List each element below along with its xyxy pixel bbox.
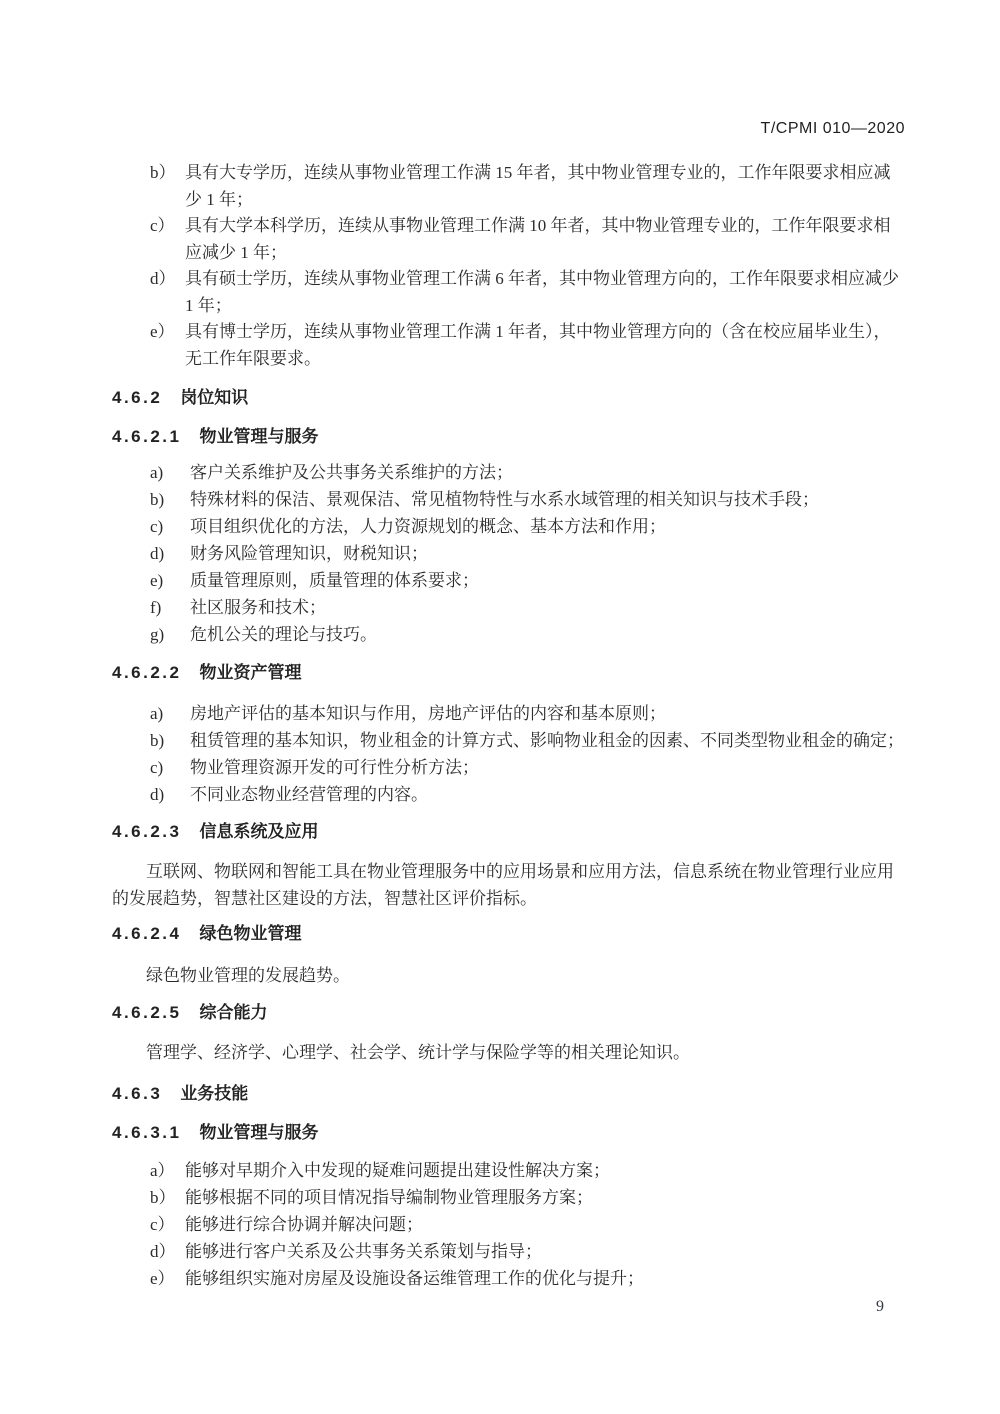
clause-number: 4.6.2.5 xyxy=(112,1003,182,1022)
item-marker: e） xyxy=(150,1265,185,1292)
clause-heading-4-6-2: 4.6.2岗位知识 xyxy=(112,388,905,408)
item-marker: b) xyxy=(150,486,190,513)
list-item: d） 具有硕士学历，连续从事物业管理工作满 6 年者，其中物业管理方向的，工作年… xyxy=(150,266,905,319)
list-item: a) 客户关系维护及公共事务关系维护的方法； xyxy=(150,459,905,486)
clause-number: 4.6.3.1 xyxy=(112,1123,182,1142)
clause-number: 4.6.3 xyxy=(112,1084,162,1103)
item-marker: c） xyxy=(150,1211,185,1238)
item-text: 客户关系维护及公共事务关系维护的方法； xyxy=(190,459,905,486)
item-text: 社区服务和技术； xyxy=(190,594,905,621)
list-item: b） 能够根据不同的项目情况指导编制物业管理服务方案； xyxy=(150,1184,905,1211)
document-content: b） 具有大专学历，连续从事物业管理工作满 15 年者，其中物业管理专业的，工作… xyxy=(112,0,905,1292)
item-text: 能够组织实施对房屋及设施设备运维管理工作的优化与提升； xyxy=(185,1265,905,1292)
clause-heading-4-6-2-1: 4.6.2.1物业管理与服务 xyxy=(112,427,905,447)
item-text: 物业管理资源开发的可行性分析方法； xyxy=(190,754,905,781)
clause-title: 物业管理与服务 xyxy=(200,427,319,446)
item-marker: d) xyxy=(150,781,190,808)
list-item: b） 具有大专学历，连续从事物业管理工作满 15 年者，其中物业管理专业的，工作… xyxy=(150,160,905,213)
item-text: 具有硕士学历，连续从事物业管理工作满 6 年者，其中物业管理方向的，工作年限要求… xyxy=(185,266,905,319)
list-item: d） 能够进行客户关系及公共事务关系策划与指导； xyxy=(150,1238,905,1265)
clause-heading-4-6-2-2: 4.6.2.2物业资产管理 xyxy=(112,663,905,683)
clause-heading-4-6-3: 4.6.3业务技能 xyxy=(112,1084,905,1104)
item-marker: f) xyxy=(150,594,190,621)
list-item: a) 房地产评估的基本知识与作用，房地产评估的内容和基本原则； xyxy=(150,700,905,727)
item-text: 能够根据不同的项目情况指导编制物业管理服务方案； xyxy=(185,1184,905,1211)
item-text: 财务风险管理知识，财税知识； xyxy=(190,540,905,567)
document-page: { "header": { "doc_code": "T/CPMI 010—20… xyxy=(0,0,1000,1414)
clause-number: 4.6.2 xyxy=(112,388,162,407)
list-item: c） 能够进行综合协调并解决问题； xyxy=(150,1211,905,1238)
clause-number: 4.6.2.3 xyxy=(112,822,182,841)
item-text: 具有大专学历，连续从事物业管理工作满 15 年者，其中物业管理专业的，工作年限要… xyxy=(185,160,905,213)
list-item: f) 社区服务和技术； xyxy=(150,594,905,621)
list-item: b) 租赁管理的基本知识，物业租金的计算方式、影响物业租金的因素、不同类型物业租… xyxy=(150,727,905,754)
list-item: e） 能够组织实施对房屋及设施设备运维管理工作的优化与提升； xyxy=(150,1265,905,1292)
item-marker: d) xyxy=(150,540,190,567)
item-marker: a) xyxy=(150,459,190,486)
list-item: d) 财务风险管理知识，财税知识； xyxy=(150,540,905,567)
list-item: d) 不同业态物业经营管理的内容。 xyxy=(150,781,905,808)
item-marker: b） xyxy=(150,1184,185,1211)
paragraph-information-systems: 互联网、物联网和智能工具在物业管理服务中的应用场景和应用方法，信息系统在物业管理… xyxy=(112,858,905,912)
item-marker: g) xyxy=(150,621,190,648)
clause-title: 综合能力 xyxy=(200,1003,268,1022)
item-text: 房地产评估的基本知识与作用，房地产评估的内容和基本原则； xyxy=(190,700,905,727)
list-item: c） 具有大学本科学历，连续从事物业管理工作满 10 年者，其中物业管理专业的，… xyxy=(150,213,905,266)
clause-number: 4.6.2.2 xyxy=(112,663,182,682)
clause-heading-4-6-3-1: 4.6.3.1物业管理与服务 xyxy=(112,1123,905,1143)
clause-title: 物业管理与服务 xyxy=(200,1123,319,1142)
item-text: 不同业态物业经营管理的内容。 xyxy=(190,781,905,808)
item-text: 能够对早期介入中发现的疑难问题提出建设性解决方案； xyxy=(185,1157,905,1184)
document-page-surface: T/CPMI 010—2020 b） 具有大专学历，连续从事物业管理工作满 15… xyxy=(0,0,1000,1414)
item-text: 租赁管理的基本知识，物业租金的计算方式、影响物业租金的因素、不同类型物业租金的确… xyxy=(190,727,905,754)
item-marker: b) xyxy=(150,727,190,754)
item-text: 项目组织优化的方法，人力资源规划的概念、基本方法和作用； xyxy=(190,513,905,540)
clause-number: 4.6.2.1 xyxy=(112,427,182,446)
list-item: b) 特殊材料的保洁、景观保洁、常见植物特性与水系水域管理的相关知识与技术手段； xyxy=(150,486,905,513)
item-marker: b） xyxy=(150,160,185,187)
list-item: e) 质量管理原则，质量管理的体系要求； xyxy=(150,567,905,594)
knowledge-list-asset-management: a) 房地产评估的基本知识与作用，房地产评估的内容和基本原则； b) 租赁管理的… xyxy=(112,700,905,808)
knowledge-list-property-service: a) 客户关系维护及公共事务关系维护的方法； b) 特殊材料的保洁、景观保洁、常… xyxy=(112,459,905,648)
item-text: 危机公关的理论与技巧。 xyxy=(190,621,905,648)
list-item: e） 具有博士学历，连续从事物业管理工作满 1 年者，其中物业管理方向的（含在校… xyxy=(150,319,905,372)
item-marker: c) xyxy=(150,754,190,781)
clause-heading-4-6-2-5: 4.6.2.5综合能力 xyxy=(112,1003,905,1023)
item-marker: a) xyxy=(150,700,190,727)
item-marker: c) xyxy=(150,513,190,540)
page-number: 9 xyxy=(876,1298,884,1316)
clause-title: 物业资产管理 xyxy=(200,663,302,682)
item-text: 能够进行客户关系及公共事务关系策划与指导； xyxy=(185,1238,905,1265)
clause-title: 绿色物业管理 xyxy=(200,924,302,943)
item-text: 具有大学本科学历，连续从事物业管理工作满 10 年者，其中物业管理专业的，工作年… xyxy=(185,213,905,266)
item-marker: c） xyxy=(150,213,185,240)
item-marker: d） xyxy=(150,1238,185,1265)
paragraph-comprehensive-ability: 管理学、经济学、心理学、社会学、统计学与保险学等的相关理论知识。 xyxy=(112,1039,905,1066)
list-item: a） 能够对早期介入中发现的疑难问题提出建设性解决方案； xyxy=(150,1157,905,1184)
clause-number: 4.6.2.4 xyxy=(112,924,182,943)
paragraph-green-property: 绿色物业管理的发展趋势。 xyxy=(112,962,905,989)
item-marker: a） xyxy=(150,1157,185,1184)
clause-title: 信息系统及应用 xyxy=(200,822,319,841)
item-text: 特殊材料的保洁、景观保洁、常见植物特性与水系水域管理的相关知识与技术手段； xyxy=(190,486,905,513)
qualification-list: b） 具有大专学历，连续从事物业管理工作满 15 年者，其中物业管理专业的，工作… xyxy=(112,160,905,372)
list-item: c) 物业管理资源开发的可行性分析方法； xyxy=(150,754,905,781)
item-marker: d） xyxy=(150,266,185,293)
clause-title: 岗位知识 xyxy=(180,388,248,407)
item-marker: e） xyxy=(150,319,185,346)
clause-heading-4-6-2-3: 4.6.2.3信息系统及应用 xyxy=(112,822,905,842)
clause-heading-4-6-2-4: 4.6.2.4绿色物业管理 xyxy=(112,924,905,944)
list-item: g) 危机公关的理论与技巧。 xyxy=(150,621,905,648)
item-text: 具有博士学历，连续从事物业管理工作满 1 年者，其中物业管理方向的（含在校应届毕… xyxy=(185,319,905,372)
item-text: 质量管理原则，质量管理的体系要求； xyxy=(190,567,905,594)
clause-title: 业务技能 xyxy=(180,1084,248,1103)
list-item: c) 项目组织优化的方法，人力资源规划的概念、基本方法和作用； xyxy=(150,513,905,540)
item-marker: e) xyxy=(150,567,190,594)
skill-list-property-service: a） 能够对早期介入中发现的疑难问题提出建设性解决方案； b） 能够根据不同的项… xyxy=(112,1157,905,1292)
item-text: 能够进行综合协调并解决问题； xyxy=(185,1211,905,1238)
